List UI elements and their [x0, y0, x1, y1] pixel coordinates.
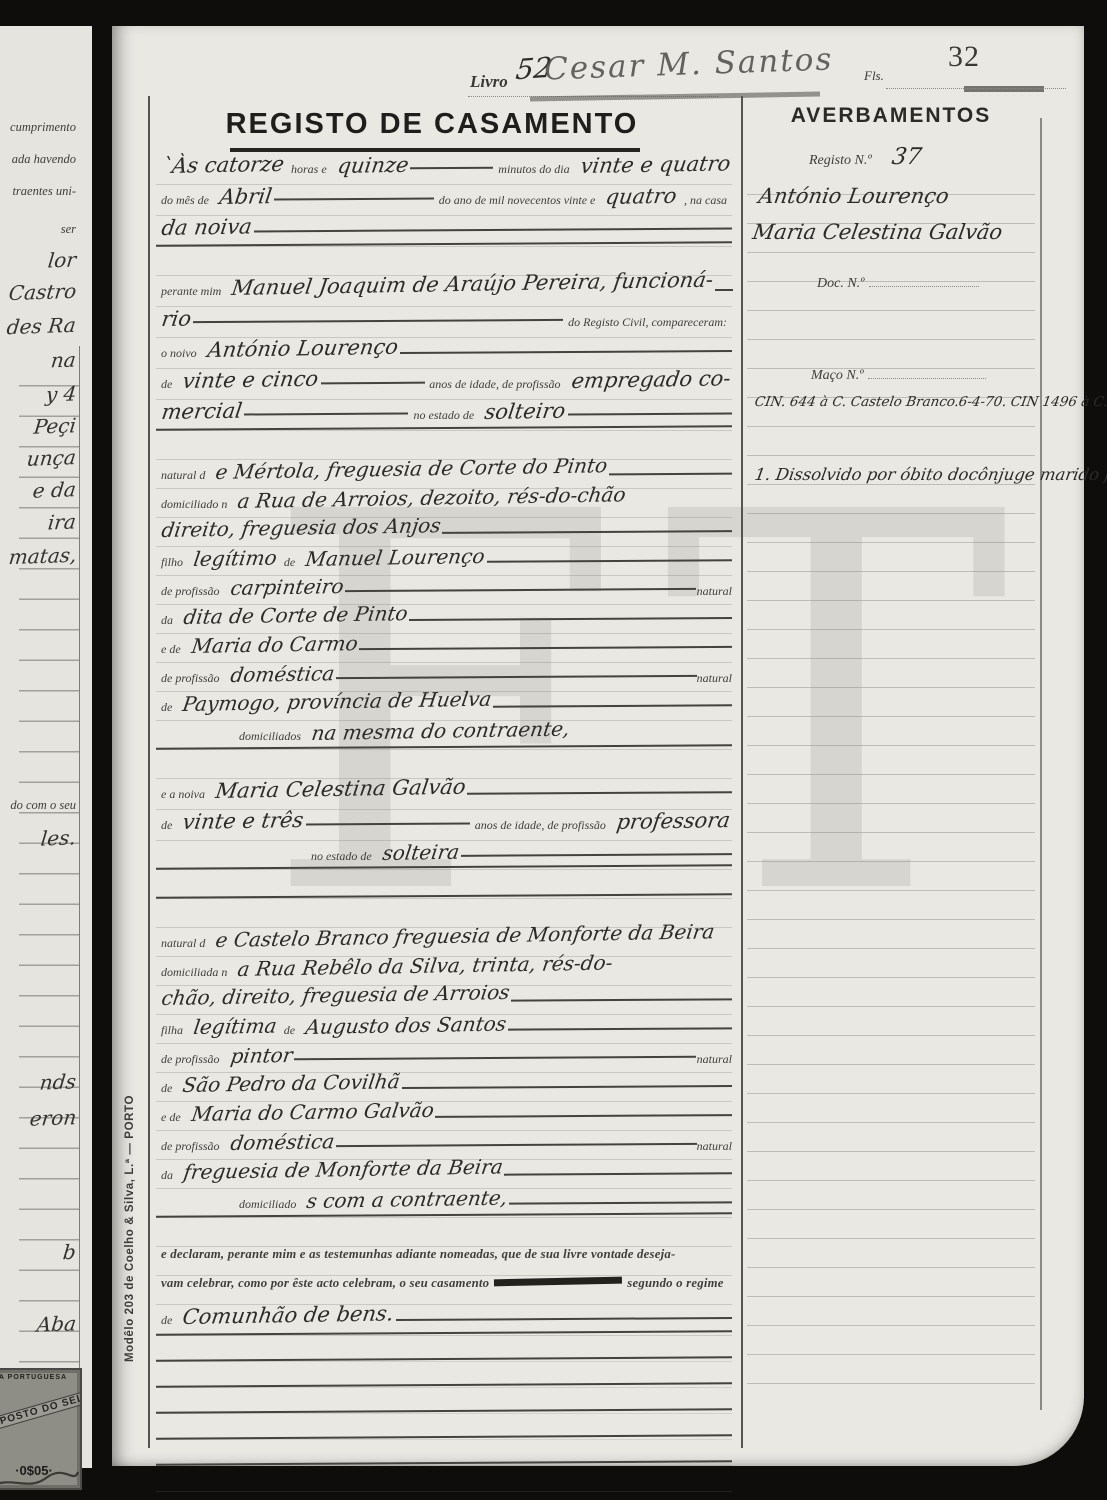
printed-label: domiciliado n: [161, 497, 227, 512]
handwritten-entry: quinze: [336, 153, 410, 178]
printed-label: de profissão: [161, 1139, 220, 1154]
form-row: dePaymogo, província de Huelva: [156, 692, 732, 721]
form-row: e a noivaMaria Celestina Galvão: [156, 779, 732, 810]
printed-label: domiciliada n: [161, 965, 227, 980]
maco-number-rule: [868, 378, 986, 379]
printed-label: e de: [161, 1110, 181, 1125]
maco-note-line: 6-4-70. CIN 1496 à C. Milh.: [957, 392, 1107, 413]
handwritten-entry: solteiro: [483, 399, 567, 424]
printed-label: do Registo Civil, compareceram:: [568, 315, 727, 330]
printed-label: de: [161, 1081, 172, 1096]
form-row: [156, 1218, 732, 1247]
handwritten-entry: freguesia de Monforte da Beira: [182, 1154, 505, 1184]
tax-stamp: A PORTUGUESA IMPOSTO DO SELO ·0$05·: [0, 1368, 82, 1490]
handwritten-entry: rio: [160, 306, 193, 331]
form-row: direito, freguesia dos Anjos: [156, 518, 732, 547]
prev-page-handwritten-fragment: Peçi: [33, 413, 78, 438]
pen-rule-line: [442, 530, 732, 534]
printed-label: do ano de mil novecentos vinte e: [439, 193, 596, 208]
prev-page-handwritten-fragment: les.: [40, 825, 78, 850]
prev-page-handwritten-fragment: na: [50, 348, 77, 373]
pen-rule-line: [714, 289, 732, 291]
maco-number-row: Maço N.º: [811, 366, 986, 384]
printed-label: de: [161, 700, 172, 715]
folio-label: Fls.: [864, 68, 884, 84]
prev-page-handwritten-fragment: eron: [28, 1105, 77, 1131]
annotation-line: cônjuge marido fale-: [967, 464, 1107, 487]
printed-label: do mês de: [161, 193, 209, 208]
printed-label: natural d: [161, 468, 205, 483]
form-row: vam celebrar, como por êste acto celebra…: [156, 1276, 732, 1305]
form-row: e declaram, perante mim e as testemunhas…: [156, 1247, 732, 1276]
handwritten-entry: na mesma do contraente,: [310, 717, 571, 745]
handwritten-entry: direito, freguesia dos Anjos: [160, 513, 442, 542]
form-row: dadita de Corte de Pinto: [156, 605, 732, 634]
printed-label: de: [284, 555, 295, 570]
handwritten-entry: s com a contraente,: [305, 1186, 509, 1213]
pen-rule-line: [435, 1114, 732, 1118]
form-row: deSão Pedro da Covilhã: [156, 1073, 732, 1102]
registo-number-row: Registo N.º 37: [809, 144, 919, 170]
form-title: REGISTO DE CASAMENTO: [172, 108, 692, 141]
form-row: perante mimManuel Joaquim de Araújo Pere…: [156, 276, 732, 307]
printed-label: e declaram, perante mim e as testemunhas…: [161, 1247, 675, 1262]
printed-label: natural d: [161, 936, 205, 951]
maco-note-line: CIN. 644 à C. Castelo Branco.: [753, 392, 961, 413]
handwritten-entry: da noiva: [160, 214, 254, 240]
pen-rule-line: [609, 473, 732, 476]
scanned-marriage-record: cumprimentoada havendotraentes uni-serdo…: [0, 0, 1107, 1500]
form-row: de profissãocarpinteironatural: [156, 576, 732, 605]
annotation-line: 1. Dissolvido por óbito do: [753, 464, 970, 487]
handwritten-entry: Maria do Carmo Galvão: [190, 1098, 436, 1126]
pen-rule-line: [345, 588, 696, 592]
form-row: filholegítimodeManuel Lourenço: [156, 547, 732, 576]
pen-rule-line: [461, 853, 732, 857]
column-divider: [741, 96, 743, 1448]
pen-rule-line: [504, 1172, 732, 1175]
prev-page-handwritten-fragment: matas,: [7, 543, 77, 569]
handwritten-entry: `Às catorze: [160, 152, 286, 178]
form-row: dafreguesia de Monforte da Beira: [156, 1160, 732, 1189]
form-row: devinte e cincoanos de idade, de profiss…: [156, 369, 732, 400]
printed-label: anos de idade, de profissão: [475, 818, 606, 833]
printed-label: o noivo: [161, 346, 197, 361]
prev-page-handwritten-fragment: nds: [39, 1069, 78, 1094]
form-row: [156, 1466, 732, 1492]
printed-label: filha: [161, 1023, 183, 1038]
handwritten-entry: empregado co-: [570, 366, 732, 393]
groom-name: António Lourenço: [757, 184, 951, 208]
printed-label: vam celebrar, como por êste acto celebra…: [161, 1276, 489, 1291]
handwritten-entry: São Pedro da Covilhã: [181, 1069, 401, 1097]
printed-label: anos de idade, de profissão: [429, 377, 560, 392]
handwritten-entry: carpinteiro: [229, 574, 345, 600]
form-row: e deMaria do Carmo: [156, 634, 732, 663]
signature-bar: [964, 86, 1044, 92]
form-row: filhalegítimadeAugusto dos Santos: [156, 1015, 732, 1044]
page-number: 32: [948, 40, 980, 74]
pen-rule-line: [193, 319, 563, 323]
tax-stamp-band: IMPOSTO DO SELO: [0, 1388, 82, 1434]
prev-page-printed-fragment: cumprimento: [10, 120, 76, 135]
printed-label: horas e: [291, 162, 327, 177]
bride-name: Maria Celestina Galvão: [751, 220, 1004, 244]
handwritten-entry: vinte e cinco: [181, 367, 320, 393]
form-row: domiciliado na Rua de Arroios, dezoito, …: [156, 489, 732, 518]
handwritten-entry: pintor: [229, 1043, 294, 1068]
prev-page-handwritten-fragment: ira: [47, 510, 78, 535]
book-label: Livro: [470, 72, 508, 92]
printed-label: da: [161, 613, 173, 628]
printed-label: filho: [161, 555, 183, 570]
handwritten-entry: vinte e quatro: [579, 151, 732, 178]
pen-rule-line: [467, 791, 732, 795]
printed-label: , na casa: [684, 193, 727, 208]
form-row: o noivoAntónio Lourenço: [156, 338, 732, 369]
handwritten-entry: vinte e três: [181, 808, 305, 834]
pen-rule-line: [294, 1056, 696, 1060]
pen-rule-line: [336, 1143, 697, 1147]
pen-rule-line: [359, 646, 732, 650]
printed-label: de: [161, 377, 172, 392]
printer-imprint: Modêlo 203 de Coelho & Silva, L.ª — PORT…: [124, 1032, 136, 1362]
form-row: de profissãopintornatural: [156, 1044, 732, 1073]
pen-rule-line: [306, 822, 470, 825]
doc-number-row: Doc. N.º: [817, 274, 979, 292]
pen-rule-line: [493, 704, 732, 707]
handwritten-entry: Paymogo, província de Huelva: [181, 687, 493, 716]
handwritten-entry: dita de Corte de Pinto: [182, 601, 409, 629]
prev-page-handwritten-fragment: Castro: [7, 279, 77, 305]
printed-label: e de: [161, 642, 181, 657]
signature-underline: [530, 91, 820, 101]
pen-rule-line: [274, 198, 434, 201]
inked-out-blank: [494, 1277, 622, 1287]
registrar-signature-stamp: Cesar M. Santos: [544, 37, 975, 88]
printed-label: segundo o regime: [627, 1276, 723, 1291]
registo-number-label: Registo N.º: [809, 153, 872, 168]
printed-label: natural: [697, 1052, 732, 1067]
form-row: devinte e trêsanos de idade, de profissã…: [156, 810, 732, 841]
form-row: riodo Registo Civil, compareceram:: [156, 307, 732, 338]
printed-label: de profissão: [161, 584, 220, 599]
doc-number-rule: [869, 286, 979, 287]
form-row: `Às catorzehoras equinzeminutos do diavi…: [156, 154, 732, 185]
pen-rule-line: [320, 382, 424, 385]
printed-label: natural: [697, 671, 732, 686]
printed-label: no estado de: [311, 849, 372, 864]
pen-rule-line: [254, 228, 732, 233]
averbamentos-title: AVERBAMENTOS: [749, 104, 1033, 128]
form-left-border: [148, 96, 150, 1448]
marriage-form-body: `Às catorzehoras equinzeminutos do diavi…: [156, 154, 732, 1492]
handwritten-entry: doméstica: [229, 1129, 336, 1155]
printed-label: de profissão: [161, 671, 220, 686]
prev-page-handwritten-fragment: des Ra: [6, 313, 78, 339]
form-title-underline: [230, 148, 640, 152]
handwritten-entry: António Lourenço: [206, 335, 400, 362]
handwritten-entry: doméstica: [229, 661, 336, 687]
handwritten-entry: Augusto dos Santos: [304, 1012, 508, 1039]
printed-label: domiciliado: [239, 1197, 296, 1212]
form-row: do mês deAbrildo ano de mil novecentos v…: [156, 185, 732, 216]
prev-page-printed-fragment: ada havendo: [12, 152, 76, 167]
prev-page-printed-fragment: do com o seu: [10, 798, 76, 813]
handwritten-entry: professora: [615, 808, 732, 834]
pen-rule-line: [487, 559, 732, 562]
handwritten-entry: mercial: [160, 399, 244, 424]
averbamentos-right-border: [1040, 118, 1042, 1410]
form-row: chão, direito, freguesia de Arroios: [156, 986, 732, 1015]
printed-label: da: [161, 1168, 173, 1183]
printed-label: minutos do dia: [498, 162, 569, 177]
prev-page-handwritten-fragment: unça: [26, 445, 78, 471]
dissolution-annotation: 1. Dissolvido por óbito docônjuge marido…: [753, 464, 1107, 487]
previous-page-edge: cumprimentoada havendotraentes uni-serdo…: [0, 26, 92, 1468]
prev-page-printed-fragment: traentes uni-: [12, 184, 76, 199]
maco-number-label: Maço N.º: [811, 368, 864, 383]
pen-rule-line: [509, 1201, 732, 1204]
pen-rule-line: [568, 412, 732, 415]
printed-label: domiciliados: [239, 729, 301, 744]
averbamentos-ruled-lines: [747, 166, 1035, 1412]
handwritten-entry: Abril: [218, 184, 274, 209]
pen-rule-line: [409, 617, 732, 621]
handwritten-entry: legítima: [192, 1014, 278, 1039]
pen-rule-line: [396, 1317, 732, 1321]
printed-label: de: [161, 818, 172, 833]
form-row: e deMaria do Carmo Galvão: [156, 1102, 732, 1131]
printed-label: perante mim: [161, 284, 221, 299]
pen-rule-line: [336, 675, 697, 679]
printed-label: de profissão: [161, 1052, 220, 1067]
handwritten-entry: chão, direito, freguesia de Arroios: [160, 980, 511, 1010]
folio-rule: [886, 88, 1066, 89]
registry-page: FT Livro 52 Cesar M. Santos Fls. 32 REGI…: [112, 26, 1084, 1466]
prev-page-handwritten-fragment: y 4: [44, 381, 77, 406]
pen-rule-line: [244, 412, 408, 415]
pen-rule-line: [410, 167, 493, 170]
prev-page-handwritten-fragment: e da: [32, 477, 78, 502]
handwritten-entry: Manuel Lourenço: [304, 544, 486, 571]
printed-label: natural: [697, 584, 732, 599]
printed-label: e a noiva: [161, 787, 205, 802]
prev-page-handwritten-fragment: lor: [47, 248, 78, 273]
maco-notes: CIN. 644 à C. Castelo Branco.6-4-70. CIN…: [753, 392, 1107, 413]
printed-label: natural: [697, 1139, 732, 1154]
handwritten-entry: Maria do Carmo: [190, 631, 359, 658]
handwritten-entry: Comunhão de bens.: [181, 1301, 395, 1329]
handwritten-entry: legítimo: [192, 546, 278, 571]
pen-rule-line: [508, 1027, 732, 1030]
handwritten-entry: solteira: [381, 840, 461, 865]
prev-page-handwritten-fragment: Aba: [35, 1311, 77, 1336]
prev-page-printed-fragment: ser: [61, 222, 76, 237]
printed-label: de: [161, 1313, 172, 1328]
printed-label: de: [284, 1023, 295, 1038]
handwritten-entry: quatro: [604, 184, 678, 209]
doc-number-label: Doc. N.º: [817, 276, 865, 291]
registo-number-value: 37: [890, 144, 923, 170]
tax-stamp-country: A PORTUGUESA: [0, 1374, 78, 1381]
stamp-scribble: [0, 1464, 80, 1490]
handwritten-entry: Maria Celestina Galvão: [214, 775, 467, 803]
pen-rule-line: [511, 998, 732, 1001]
printed-label: no estado de: [414, 408, 475, 423]
pen-rule-line: [402, 1085, 732, 1089]
pen-rule-line: [400, 350, 732, 354]
